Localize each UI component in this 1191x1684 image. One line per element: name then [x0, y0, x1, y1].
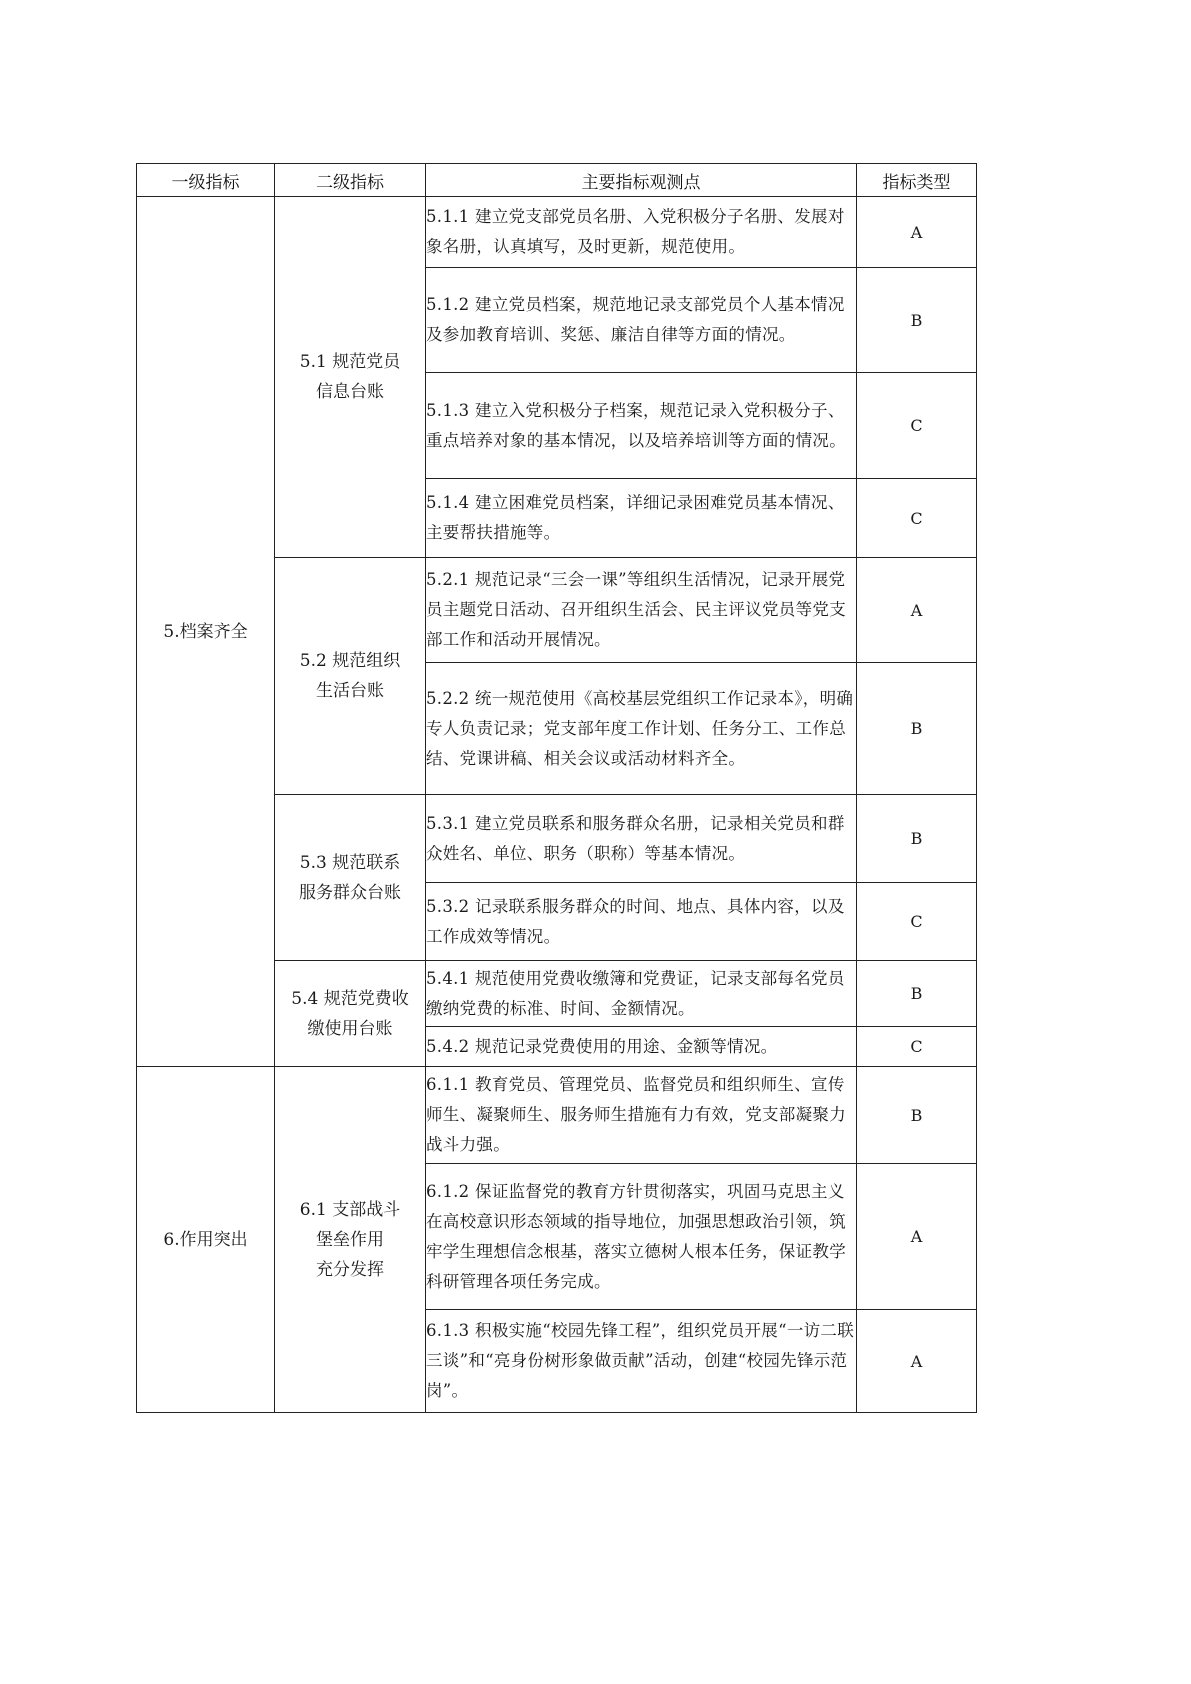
observation-cell: 5.4.2 规范记录党费使用的用途、金额等情况。	[426, 1027, 857, 1067]
type-cell: B	[857, 268, 977, 373]
header-observation: 主要指标观测点	[426, 164, 857, 197]
observation-cell: 6.1.2 保证监督党的教育方针贯彻落实，巩固马克思主义在高校意识形态领域的指导…	[426, 1164, 857, 1310]
type-cell: A	[857, 197, 977, 268]
header-type: 指标类型	[857, 164, 977, 197]
type-cell: C	[857, 373, 977, 479]
header-level2: 二级指标	[275, 164, 426, 197]
level2-line: 5.4 规范党费收	[275, 984, 425, 1014]
type-cell: A	[857, 1310, 977, 1413]
level2-line: 5.3 规范联系	[275, 848, 425, 878]
type-cell: A	[857, 558, 977, 663]
level2-cell: 5.1 规范党员 信息台账	[275, 197, 426, 558]
observation-cell: 5.1.4 建立困难党员档案，详细记录困难党员基本情况、主要帮扶措施等。	[426, 479, 857, 558]
level2-cell: 6.1 支部战斗 堡垒作用 充分发挥	[275, 1067, 426, 1413]
observation-cell: 5.2.2 统一规范使用《高校基层党组织工作记录本》，明确专人负责记录；党支部年…	[426, 663, 857, 795]
level2-line: 缴使用台账	[275, 1014, 425, 1044]
level2-line: 5.1 规范党员	[275, 347, 425, 377]
level2-line: 6.1 支部战斗	[275, 1195, 425, 1225]
type-cell: B	[857, 663, 977, 795]
level1-cell: 5.档案齐全	[137, 197, 275, 1067]
type-cell: B	[857, 961, 977, 1027]
level2-line: 5.2 规范组织	[275, 646, 425, 676]
observation-cell: 5.3.1 建立党员联系和服务群众名册，记录相关党员和群众姓名、单位、职务（职称…	[426, 795, 857, 883]
type-cell: C	[857, 479, 977, 558]
observation-cell: 5.2.1 规范记录“三会一课”等组织生活情况，记录开展党员主题党日活动、召开组…	[426, 558, 857, 663]
level2-cell: 5.3 规范联系 服务群众台账	[275, 795, 426, 961]
type-cell: B	[857, 795, 977, 883]
level2-cell: 5.4 规范党费收 缴使用台账	[275, 961, 426, 1067]
observation-cell: 5.3.2 记录联系服务群众的时间、地点、具体内容，以及工作成效等情况。	[426, 883, 857, 961]
observation-cell: 5.1.3 建立入党积极分子档案，规范记录入党积极分子、重点培养对象的基本情况，…	[426, 373, 857, 479]
type-cell: B	[857, 1067, 977, 1164]
table-row: 5.档案齐全 5.1 规范党员 信息台账 5.1.1 建立党支部党员名册、入党积…	[137, 197, 977, 268]
table-row: 6.作用突出 6.1 支部战斗 堡垒作用 充分发挥 6.1.1 教育党员、管理党…	[137, 1067, 977, 1164]
level1-cell: 6.作用突出	[137, 1067, 275, 1413]
observation-cell: 5.1.1 建立党支部党员名册、入党积极分子名册、发展对象名册，认真填写，及时更…	[426, 197, 857, 268]
level2-line: 堡垒作用	[275, 1225, 425, 1255]
observation-cell: 5.1.2 建立党员档案，规范地记录支部党员个人基本情况及参加教育培训、奖惩、廉…	[426, 268, 857, 373]
type-cell: A	[857, 1164, 977, 1310]
observation-cell: 6.1.1 教育党员、管理党员、监督党员和组织师生、宣传师生、凝聚师生、服务师生…	[426, 1067, 857, 1164]
level2-line: 服务群众台账	[275, 878, 425, 908]
type-cell: C	[857, 883, 977, 961]
observation-cell: 5.4.1 规范使用党费收缴簿和党费证，记录支部每名党员缴纳党费的标准、时间、金…	[426, 961, 857, 1027]
indicator-table: 一级指标 二级指标 主要指标观测点 指标类型 5.档案齐全 5.1 规范党员 信…	[136, 163, 977, 1413]
level2-line: 生活台账	[275, 676, 425, 706]
level2-cell: 5.2 规范组织 生活台账	[275, 558, 426, 795]
level2-line: 信息台账	[275, 377, 425, 407]
table-header-row: 一级指标 二级指标 主要指标观测点 指标类型	[137, 164, 977, 197]
observation-cell: 6.1.3 积极实施“校园先锋工程”，组织党员开展“一访二联三谈”和“亮身份树形…	[426, 1310, 857, 1413]
type-cell: C	[857, 1027, 977, 1067]
level2-line: 充分发挥	[275, 1255, 425, 1285]
header-level1: 一级指标	[137, 164, 275, 197]
